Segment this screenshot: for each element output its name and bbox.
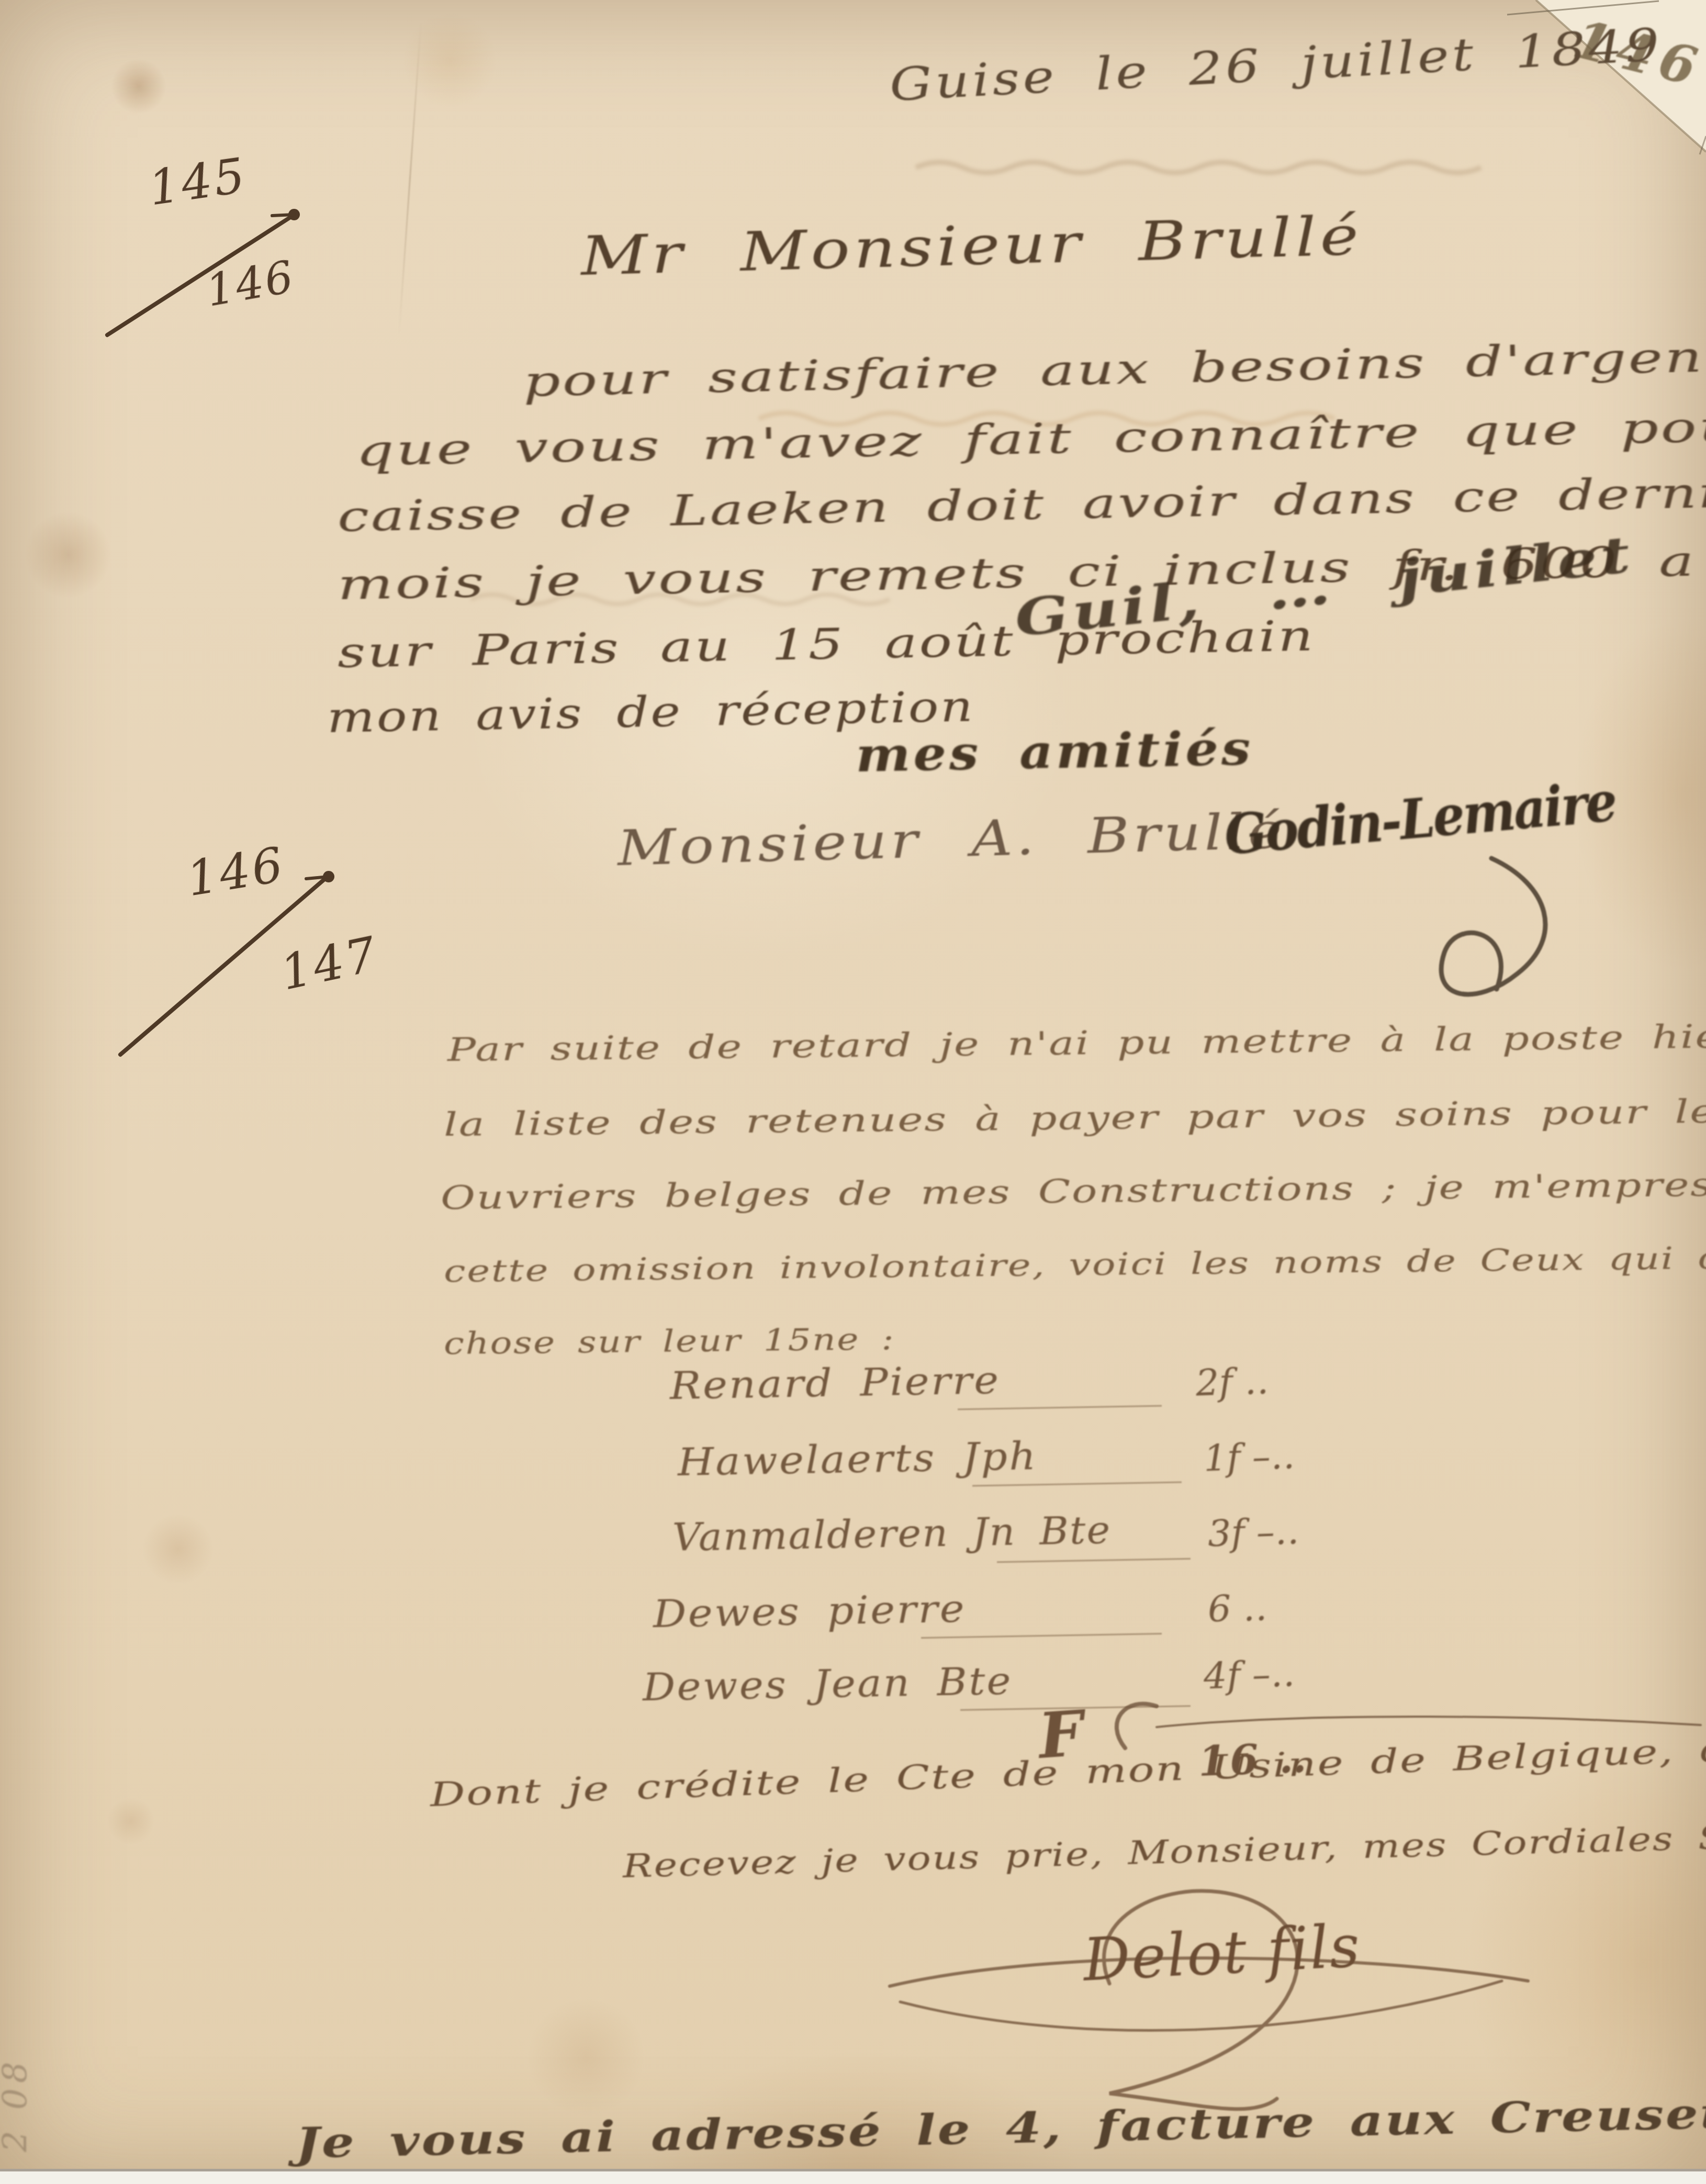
- retenue-amount: 3f –‥: [1207, 1513, 1300, 1552]
- signature-delot: Delot fils: [1082, 1917, 1362, 1990]
- leader-line: [958, 1405, 1162, 1410]
- signature-flourish: [884, 1874, 1565, 2125]
- margin-arrow: [152, 835, 445, 1065]
- address-line: Monsieur A. Brullé: [617, 807, 1286, 873]
- signature-godin: Godin-Lemaire: [1222, 775, 1617, 863]
- retenue-amount: 4f –‥: [1203, 1655, 1296, 1695]
- retenue-name: Hawelaerts Jph: [677, 1437, 1038, 1481]
- retenue-name: Vanmalderen Jn Bte: [672, 1511, 1112, 1556]
- body-line: Par suite de retard je n'ai pu mettre à …: [447, 1017, 1706, 1066]
- letter-page: 146 145 146 Guise le 26 juillet 1849 Mr …: [0, 0, 1706, 2184]
- leader-line: [997, 1558, 1191, 1563]
- body-line: caisse de Laeken doit avoir dans ce dern…: [337, 471, 1706, 538]
- margin-note-146-147: 146 147: [152, 835, 445, 1065]
- margin-arrow: [99, 157, 330, 356]
- retenue-name: Dewes Jean Bte: [642, 1662, 1013, 1706]
- retenue-amount: 6 ‥: [1207, 1589, 1268, 1628]
- margin-note-145-146: 145 146: [99, 157, 330, 356]
- leader-line: [921, 1633, 1162, 1639]
- body-line: chose sur leur 15ne :: [444, 1324, 895, 1359]
- body-line: que vous m'avez fait connaître que pour: [355, 406, 1706, 472]
- retenue-amount: 2f ‥: [1195, 1362, 1270, 1402]
- scan-edge-strip: [0, 2169, 1706, 2184]
- closing: mes amitiés: [855, 725, 1253, 779]
- salutation: Mr Monsieur Brullé: [580, 210, 1363, 284]
- body-line: pour satisfaire aux besoins d'argent: [523, 336, 1706, 403]
- body-line: cette omission involontaire, voici les n…: [444, 1239, 1706, 1286]
- leader-line: [972, 1482, 1182, 1487]
- body-line: Ouvriers belges de mes Constructions ; j…: [441, 1165, 1706, 1214]
- retenue-name: Dewes pierre: [653, 1590, 966, 1633]
- paper-crease: [398, 21, 422, 335]
- signature-godin-flourish: [1272, 853, 1638, 1026]
- pencil-note: 2 08: [0, 2057, 32, 2153]
- retenue-amount: 1f –‥: [1203, 1437, 1296, 1477]
- closing-line: Recevez je vous prie, Monsieur, mes Cord…: [622, 1816, 1706, 1883]
- retenue-name: Renard Pierre: [669, 1361, 1001, 1405]
- body-line: la liste des retenues à payer par vos so…: [444, 1092, 1706, 1141]
